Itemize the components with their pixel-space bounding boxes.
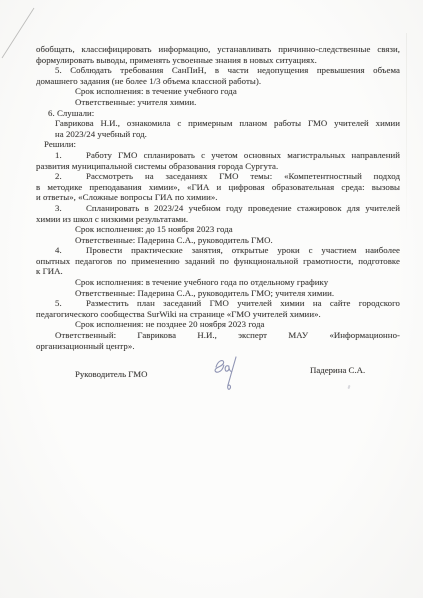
doc-line: Гаврикова Н.И., ознакомила с примерным п… [55,118,400,129]
handwritten-signature-icon [206,353,248,397]
doc-line: Ответственные: Падерина С.А., руководите… [75,288,400,299]
list-number: 5. [55,298,86,309]
doc-line: обобщать, классифицировать информацию, у… [36,44,400,55]
signature-name-label: Падерина С.А. [310,365,365,375]
doc-line: 4.Провести практические занятия, открыты… [55,245,400,256]
doc-line: 3.Спланировать в 2023/24 учебном году пр… [55,203,400,214]
doc-line: 2.Рассмотреть на заседаниях ГМО темы: «К… [55,171,400,182]
signature-role-label: Руководитель ГМО [75,369,147,379]
doc-line: Срок исполнения: в течение учебного года [75,86,400,97]
doc-line: на 2023/24 учебный год. [55,129,400,140]
doc-line: домашнего задания (не более 1/3 объема к… [36,76,400,87]
document-body: обобщать, классифицировать информацию, у… [36,44,400,351]
list-number: 4. [55,245,86,256]
scan-fold-line [0,0,40,64]
list-number: 3. [55,203,86,214]
doc-line: 5. Соблюдать требования СанПиН, в части … [55,65,400,76]
scanned-document-page: обобщать, классифицировать информацию, у… [0,0,423,598]
doc-line: опытных педагогов по применению заданий … [36,256,400,267]
doc-line: Ответственный: Гаврикова Н.И., эксперт М… [55,330,400,341]
doc-line: 5.Разместить план заседаний ГМО учителей… [55,298,400,309]
list-number: 2. [55,171,86,182]
doc-line: Ответственные: учителя химии. [75,97,400,108]
doc-line: Срок исполнения: в течение учебного года… [75,277,400,288]
doc-line: организационный центр». [36,341,400,352]
doc-line: Решили: [44,139,400,150]
doc-line: Ответственные: Падерина С.А., руководите… [75,235,400,246]
doc-line: к ГИА. [36,266,400,277]
doc-line: Срок исполнения: не позднее 20 ноября 20… [75,319,400,330]
doc-line: и ответы», «Сложные вопросы ГИА по химии… [36,192,400,203]
ink-speck-artifact [347,385,350,389]
doc-line: педагогического сообщества SurWiki на ст… [36,309,400,320]
doc-line: в методике преподавания химии», «ГИА и ц… [36,182,400,193]
doc-line: формулировать выводы, применять усвоенны… [36,55,400,66]
doc-line: 6. Слушали: [48,108,400,119]
doc-line: Срок исполнения: до 15 ноября 2023 года [75,224,400,235]
doc-line: развития муниципальной системы образован… [36,161,400,172]
list-number: 1. [55,150,86,161]
doc-line: 1.Работу ГМО спланировать с учетом основ… [55,150,400,161]
scan-edge-artifact [406,33,407,233]
doc-line: химии из школ с низкими результатами. [36,214,400,225]
